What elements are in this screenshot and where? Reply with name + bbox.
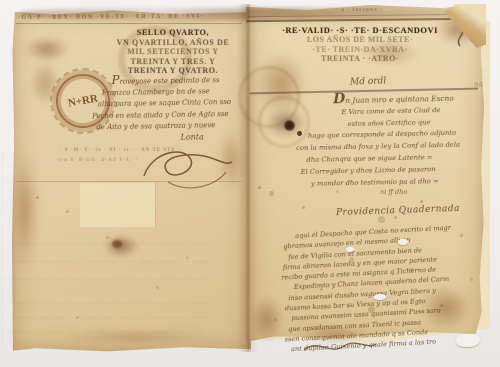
sello-printed-block: SELLO QVARTO, VN QVARTILLO, AÑOS DE MIL … bbox=[100, 28, 246, 76]
bleed-through-line: ~~~ ~~ ~~~~ ~~ ~~~ ~~~~~ ~~ ~~~ ~~ ~~~~ bbox=[40, 258, 210, 266]
photo-background: N+RR ·GA·P· ·REY· DON ·VE·TE· ·ER·TA· DE… bbox=[0, 0, 500, 367]
bleed-through-line: ~~~ ~~ ~~~~ ~~ ~~~ ~~~~~ ~~ ~~~ ~~ ~~~~ bbox=[34, 300, 209, 308]
scribal-note: ni ff dho bbox=[380, 188, 407, 196]
printed-line: ·RE·VALID· ·S· ·TE· D·ESCANDOVI bbox=[254, 26, 466, 35]
bleed-through-line: ~~~ ~~ ~~~~ ~~ ~~~ ~~~~~ ~~ ~~~ ~~ ~~~~ bbox=[44, 328, 204, 336]
bleed-through-line: ~~~ ~~ ~~~~ ~~ ~~~ ~~~~~ ~~ ~~~ ~~ ~~~~ bbox=[26, 276, 206, 284]
printed-line: TREINTA · ·ATRO· bbox=[254, 54, 466, 63]
ink-speckles bbox=[36, 196, 39, 199]
printed-line: LOS AÑOS DE MIL SETE· bbox=[254, 35, 466, 44]
sello-line: MIL SETECIENTOS Y bbox=[100, 47, 246, 57]
signature-flourish bbox=[300, 336, 380, 358]
paper-tear bbox=[374, 294, 386, 300]
sello-line: TREINTA Y TRES. Y bbox=[100, 57, 246, 67]
vertical-crease bbox=[155, 182, 156, 227]
repair-patch bbox=[80, 183, 156, 227]
margin-bleed-text: ~~~ ~~ ~~~~ ~~ ~~~ ~~~~~ ~~ ~~~ ~~ ~~~~ bbox=[0, 150, 6, 310]
folio-number: 84 bbox=[474, 81, 483, 89]
signature-flourish bbox=[138, 142, 238, 188]
bleed-through-line: ~~~ ~~ ~~~~ ~~ ~~~ ~~~~~ ~~ ~~~ ~~ ~~~~ bbox=[28, 314, 208, 322]
sello-line: VN QVARTILLO, AÑOS DE bbox=[100, 38, 246, 48]
left-page-handwriting: Proveyose este pedimto de ss Franzco Cha… bbox=[91, 73, 252, 145]
printed-line: ·TE· TREIN·DA·XVRA· bbox=[254, 45, 466, 54]
ink-speckles bbox=[258, 186, 261, 189]
revalidation-printed-block: ·RE·VALID· ·S· ·TE· D·ESCANDOVI LOS AÑOS… bbox=[254, 26, 466, 64]
paper-tear bbox=[346, 247, 354, 252]
bleed-through-line: ~~~ ~~ ~~~~ ~~ ~~~ ~~~~~ ~~ ~~~ ~~ ~~~~ bbox=[30, 240, 210, 248]
printed-rule bbox=[16, 23, 242, 24]
paper-tear bbox=[398, 239, 408, 245]
marginal-annotation: Md ordl bbox=[350, 76, 387, 87]
certification-paragraph: Dn Juan mro e quintana Escno E Vara come… bbox=[295, 91, 495, 191]
paper-tear bbox=[456, 334, 480, 347]
sello-line: SELLO QVARTO, bbox=[100, 28, 246, 38]
